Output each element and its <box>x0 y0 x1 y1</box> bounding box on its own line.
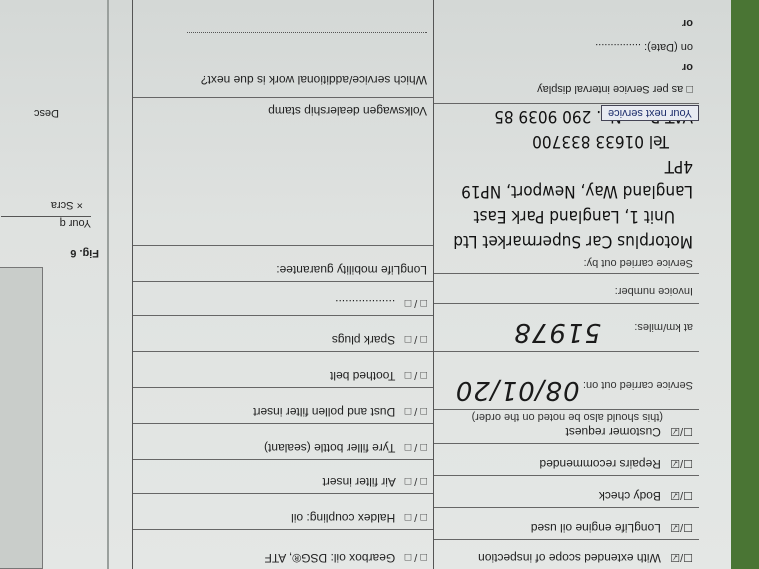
dealer-stamp: Motorplus Car Supermarket Ltd Unit 1, La… <box>440 103 693 253</box>
parts-row: □ / □ Dust and pollen filter insert <box>133 387 433 423</box>
checklist-label: Customer request <box>566 425 661 439</box>
checkbox-icon[interactable]: □ / □ <box>405 297 427 309</box>
checklist-sublabel: (this should also be noted on the order) <box>472 411 663 423</box>
checkbox-icon[interactable]: □ / □ <box>405 475 427 487</box>
checklist-row: ☐/☑ Repairs recommended <box>434 443 699 475</box>
checklist-row: ☐/☑ Body check <box>434 475 699 507</box>
parts-label: Haldex coupling: oil <box>291 511 395 525</box>
photo-scene: ☐/☑ With extended scope of inspection ☐/… <box>0 0 759 569</box>
checklist-row: ☐/☑ Customer request (this should also b… <box>434 409 699 443</box>
parts-row: □ / □ Gearbox oil: DSG®, ATF <box>133 529 433 569</box>
guarantee-label: LongLife mobility guarantee: <box>276 263 427 277</box>
checklist-label: Repairs recommended <box>539 457 660 471</box>
or-label: or <box>682 17 693 29</box>
stamp-address-2: Langland Way, Newport, NP19 4PT <box>440 153 693 203</box>
checkbox-icon[interactable]: ☐/☑ <box>670 521 693 534</box>
parts-label: Dust and pollen filter insert <box>253 405 395 419</box>
invoice-row: Invoice number: <box>434 273 699 303</box>
adjacent-desc: Desc <box>34 107 59 119</box>
checklist-label: With extended scope of inspection <box>478 551 661 565</box>
checkbox-icon[interactable]: ☐/☑ <box>670 425 693 438</box>
checkbox-icon[interactable]: □ / □ <box>405 369 427 381</box>
next-service-header: Your next service <box>601 105 699 121</box>
checkbox-icon[interactable]: ☐/☑ <box>670 457 693 470</box>
stamp-phone: Tel 01633 833700 <box>440 128 693 153</box>
parts-label: Toothed belt <box>330 369 395 383</box>
adjacent-item: × Scra <box>51 199 83 211</box>
figure-label: Fig. 6 <box>70 247 99 259</box>
checkbox-icon[interactable]: □ / □ <box>405 405 427 417</box>
parts-row: □ / □ Haldex coupling: oil <box>133 493 433 529</box>
service-date-row: Service carried out on: 08/01/20 <box>434 351 699 409</box>
stamp-address-1: Unit 1, Langland Park East <box>440 203 693 228</box>
next-service-question-label: Which service/additional work is due nex… <box>139 73 427 87</box>
parts-label: .................. <box>335 297 395 311</box>
figure-illustration <box>0 267 43 569</box>
checkbox-icon[interactable]: □ / □ <box>405 333 427 345</box>
checkbox-icon[interactable]: □ / □ <box>405 511 427 523</box>
checklist-label: Body check <box>599 489 661 503</box>
parts-row: □ / □ Tyre filler bottle (sealant) <box>133 423 433 459</box>
next-service-answer-line[interactable] <box>187 32 427 43</box>
parts-column: □ / □ Gearbox oil: DSG®, ATF □ / □ Halde… <box>132 0 433 569</box>
service-details-column: ☐/☑ With extended scope of inspection ☐/… <box>433 0 699 569</box>
stamp-company: Motorplus Car Supermarket Ltd <box>440 228 693 253</box>
guarantee-row: LongLife mobility guarantee: <box>133 245 433 281</box>
service-date-label: Service carried out on: <box>583 379 693 391</box>
adjacent-heading: Your q <box>1 216 91 229</box>
invoice-label: Invoice number: <box>615 285 693 297</box>
checkbox-icon[interactable]: ☐/☑ <box>670 551 693 564</box>
service-date-value[interactable]: 08/01/20 <box>455 375 580 405</box>
dealership-stamp-area: Volkswagen dealership stamp <box>133 97 433 245</box>
page-fold <box>107 0 109 569</box>
service-form: ☐/☑ With extended scope of inspection ☐/… <box>109 0 699 569</box>
checkbox-icon[interactable]: □ / □ <box>405 441 427 453</box>
or-label: or <box>682 61 693 73</box>
parts-label: Gearbox oil: DSG®, ATF <box>265 551 396 565</box>
checklist-label: LongLife engine oil used <box>531 521 661 535</box>
checkbox-icon[interactable]: □ / □ <box>405 551 427 563</box>
mileage-value[interactable]: 51978 <box>513 317 601 347</box>
service-by-row: Service carried out by: Motorplus Car Su… <box>434 103 699 273</box>
checklist-row: ☐/☑ LongLife engine oil used <box>434 507 699 539</box>
service-by-label: Service carried out by: <box>440 257 693 269</box>
parts-row: □ / □ Toothed belt <box>133 351 433 387</box>
checklist-row: ☐/☑ With extended scope of inspection <box>434 539 699 569</box>
parts-label: Air filter insert <box>323 475 396 489</box>
checkbox-icon[interactable]: ☐/☑ <box>670 489 693 502</box>
next-service-question: Which service/additional work is due nex… <box>133 0 433 97</box>
parts-label: Tyre filler bottle (sealant) <box>264 441 395 455</box>
next-date-field[interactable]: on (Date): ............... <box>595 41 693 53</box>
dealership-stamp-label: Volkswagen dealership stamp <box>268 104 427 118</box>
interval-option[interactable]: □ as per Service interval display <box>537 83 693 95</box>
parts-row: □ / □ .................. <box>133 281 433 315</box>
parts-row: □ / □ Air filter insert <box>133 459 433 493</box>
parts-label: Spark plugs <box>332 333 395 347</box>
mileage-label: at km/miles: <box>634 321 693 333</box>
mileage-row: at km/miles: 51978 <box>434 303 699 351</box>
parts-row: □ / □ Spark plugs <box>133 315 433 351</box>
